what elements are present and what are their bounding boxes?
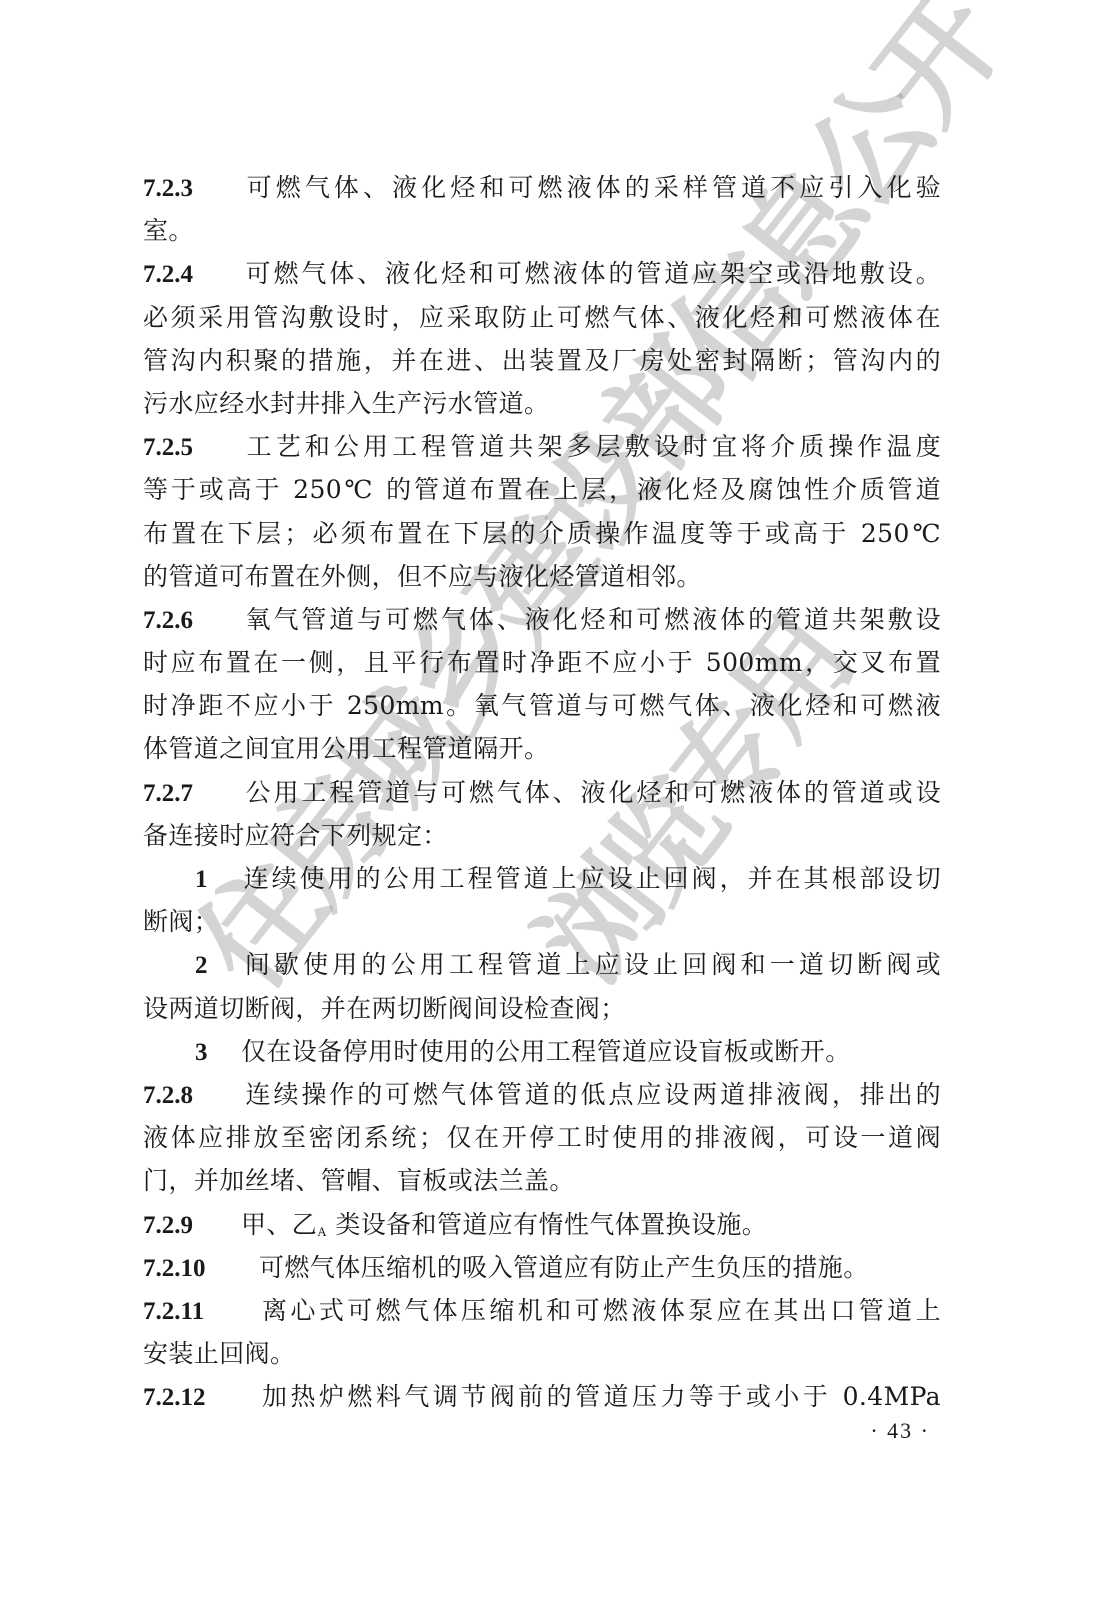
list-item-text: 仅在设备停用时使用的公用工程管道应设盲板或断开。 xyxy=(241,1037,851,1066)
clause-text: 等于或高于 250℃ 的管道布置在上层，液化烃及腐蚀性介质管道 xyxy=(143,475,941,504)
list-item-2-line-2: 设两道切断阀，并在两切断阀间设检查阀； xyxy=(143,987,941,1030)
clause-number: 7.2.5 xyxy=(143,426,243,469)
clause-text: 管沟内积聚的措施，并在进、出装置及厂房处密封隔断；管沟内的 xyxy=(143,346,941,375)
subscript-a: A xyxy=(317,1224,327,1239)
clause-7-2-3-line-2: 室。 xyxy=(143,209,941,252)
clause-7-2-8-line-3: 门，并加丝堵、管帽、盲板或法兰盖。 xyxy=(143,1159,941,1202)
list-item-text: 设两道切断阀，并在两切断阀间设检查阀； xyxy=(143,994,626,1023)
clause-text: 时净距不应小于 250mm。氧气管道与可燃气体、液化烃和可燃液 xyxy=(143,691,941,720)
clause-number: 7.2.9 xyxy=(143,1204,241,1247)
clause-7-2-9-line-1: 7.2.9甲、乙A 类设备和管道应有惰性气体置换设施。 xyxy=(143,1203,941,1246)
clause-text: 类设备和管道应有惰性气体置换设施。 xyxy=(327,1210,767,1239)
clause-text: 安装止回阀。 xyxy=(143,1339,295,1368)
clause-7-2-4-line-1: 7.2.4可燃气体、液化烃和可燃液体的管道应架空或沿地敷设。 xyxy=(143,252,941,295)
list-item-text: 间歇使用的公用工程管道上应设止回阀和一道切断阀或 xyxy=(241,950,941,979)
list-item-number: 1 xyxy=(195,858,241,901)
clause-7-2-7-line-1: 7.2.7公用工程管道与可燃气体、液化烃和可燃液体的管道或设 xyxy=(143,771,941,814)
clause-text: 加热炉燃料气调节阀前的管道压力等于或小于 0.4MPa xyxy=(259,1382,941,1411)
clause-7-2-4-line-4: 污水应经水封井排入生产污水管道。 xyxy=(143,382,941,425)
clause-text: 的管道可布置在外侧，但不应与液化烃管道相邻。 xyxy=(143,562,702,591)
clause-7-2-5-line-1: 7.2.5工艺和公用工程管道共架多层敷设时宜将介质操作温度 xyxy=(143,425,941,468)
clause-7-2-6-line-4: 体管道之间宜用公用工程管道隔开。 xyxy=(143,727,941,770)
clause-7-2-4-line-2: 必须采用管沟敷设时，应采取防止可燃气体、液化烃和可燃液体在 xyxy=(143,296,941,339)
clause-text: 布置在下层；必须布置在下层的介质操作温度等于或高于 250℃ xyxy=(143,519,941,548)
clause-7-2-4-line-3: 管沟内积聚的措施，并在进、出装置及厂房处密封隔断；管沟内的 xyxy=(143,339,941,382)
clause-text: 可燃气体、液化烃和可燃液体的管道应架空或沿地敷设。 xyxy=(243,259,941,288)
clause-text: 可燃气体、液化烃和可燃液体的采样管道不应引入化验 xyxy=(243,173,941,202)
clause-number: 7.2.8 xyxy=(143,1074,243,1117)
clause-text: 门，并加丝堵、管帽、盲板或法兰盖。 xyxy=(143,1166,575,1195)
clause-number: 7.2.6 xyxy=(143,599,243,642)
clause-text: 时应布置在一侧，且平行布置时净距不应小于 500mm，交叉布置 xyxy=(143,648,941,677)
page-number: · 43 · xyxy=(820,1418,930,1444)
list-item-number: 3 xyxy=(195,1031,241,1074)
clause-text: 污水应经水封井排入生产污水管道。 xyxy=(143,389,549,418)
clause-number: 7.2.10 xyxy=(143,1247,259,1290)
clause-7-2-11-line-1: 7.2.11离心式可燃气体压缩机和可燃液体泵应在其出口管道上 xyxy=(143,1289,941,1332)
clause-number: 7.2.3 xyxy=(143,167,243,210)
clause-7-2-5-line-4: 的管道可布置在外侧，但不应与液化烃管道相邻。 xyxy=(143,555,941,598)
clause-7-2-12-line-1: 7.2.12加热炉燃料气调节阀前的管道压力等于或小于 0.4MPa xyxy=(143,1375,941,1418)
document-page: 住房城乡建设部信息公开 浏览专用 7.2.3可燃气体、液化烃和可燃液体的采样管道… xyxy=(0,0,1102,1598)
list-item-1-line-2: 断阀； xyxy=(143,900,941,943)
clause-text: 连续操作的可燃气体管道的低点应设两道排液阀，排出的 xyxy=(243,1080,941,1109)
clause-7-2-7-line-2: 备连接时应符合下列规定： xyxy=(143,814,941,857)
clause-7-2-8-line-1: 7.2.8连续操作的可燃气体管道的低点应设两道排液阀，排出的 xyxy=(143,1073,941,1116)
body-text: 7.2.3可燃气体、液化烃和可燃液体的采样管道不应引入化验 室。 7.2.4可燃… xyxy=(143,166,941,1418)
list-item-text: 断阀； xyxy=(143,907,219,936)
clause-text: 备连接时应符合下列规定： xyxy=(143,821,448,850)
clause-text: 公用工程管道与可燃气体、液化烃和可燃液体的管道或设 xyxy=(243,778,941,807)
clause-text: 室。 xyxy=(143,216,194,245)
clause-7-2-6-line-2: 时应布置在一侧，且平行布置时净距不应小于 500mm，交叉布置 xyxy=(143,641,941,684)
clause-text: 体管道之间宜用公用工程管道隔开。 xyxy=(143,734,549,763)
clause-text: 氧气管道与可燃气体、液化烃和可燃液体的管道共架敷设 xyxy=(243,605,941,634)
list-item-1-line-1: 1连续使用的公用工程管道上应设止回阀，并在其根部设切 xyxy=(143,857,941,900)
clause-7-2-3-line-1: 7.2.3可燃气体、液化烃和可燃液体的采样管道不应引入化验 xyxy=(143,166,941,209)
clause-text: 液体应排放至密闭系统；仅在开停工时使用的排液阀，可设一道阀 xyxy=(143,1123,941,1152)
list-item-text: 连续使用的公用工程管道上应设止回阀，并在其根部设切 xyxy=(241,864,941,893)
clause-text: 甲、乙 xyxy=(241,1210,317,1239)
clause-7-2-10-line-1: 7.2.10可燃气体压缩机的吸入管道应有防止产生负压的措施。 xyxy=(143,1246,941,1289)
clause-7-2-11-line-2: 安装止回阀。 xyxy=(143,1332,941,1375)
clause-7-2-6-line-3: 时净距不应小于 250mm。氧气管道与可燃气体、液化烃和可燃液 xyxy=(143,684,941,727)
list-item-2-line-1: 2间歇使用的公用工程管道上应设止回阀和一道切断阀或 xyxy=(143,943,941,986)
clause-7-2-8-line-2: 液体应排放至密闭系统；仅在开停工时使用的排液阀，可设一道阀 xyxy=(143,1116,941,1159)
clause-7-2-5-line-2: 等于或高于 250℃ 的管道布置在上层，液化烃及腐蚀性介质管道 xyxy=(143,468,941,511)
clause-7-2-5-line-3: 布置在下层；必须布置在下层的介质操作温度等于或高于 250℃ xyxy=(143,512,941,555)
clause-number: 7.2.11 xyxy=(143,1290,259,1333)
clause-7-2-6-line-1: 7.2.6氧气管道与可燃气体、液化烃和可燃液体的管道共架敷设 xyxy=(143,598,941,641)
clause-text: 必须采用管沟敷设时，应采取防止可燃气体、液化烃和可燃液体在 xyxy=(143,303,941,332)
clause-number: 7.2.4 xyxy=(143,253,243,296)
list-item-number: 2 xyxy=(195,944,241,987)
clause-text: 离心式可燃气体压缩机和可燃液体泵应在其出口管道上 xyxy=(259,1296,941,1325)
clause-text: 工艺和公用工程管道共架多层敷设时宜将介质操作温度 xyxy=(243,432,941,461)
clause-number: 7.2.7 xyxy=(143,772,243,815)
clause-text: 可燃气体压缩机的吸入管道应有防止产生负压的措施。 xyxy=(259,1253,869,1282)
clause-number: 7.2.12 xyxy=(143,1376,259,1419)
list-item-3-line-1: 3仅在设备停用时使用的公用工程管道应设盲板或断开。 xyxy=(143,1030,941,1073)
